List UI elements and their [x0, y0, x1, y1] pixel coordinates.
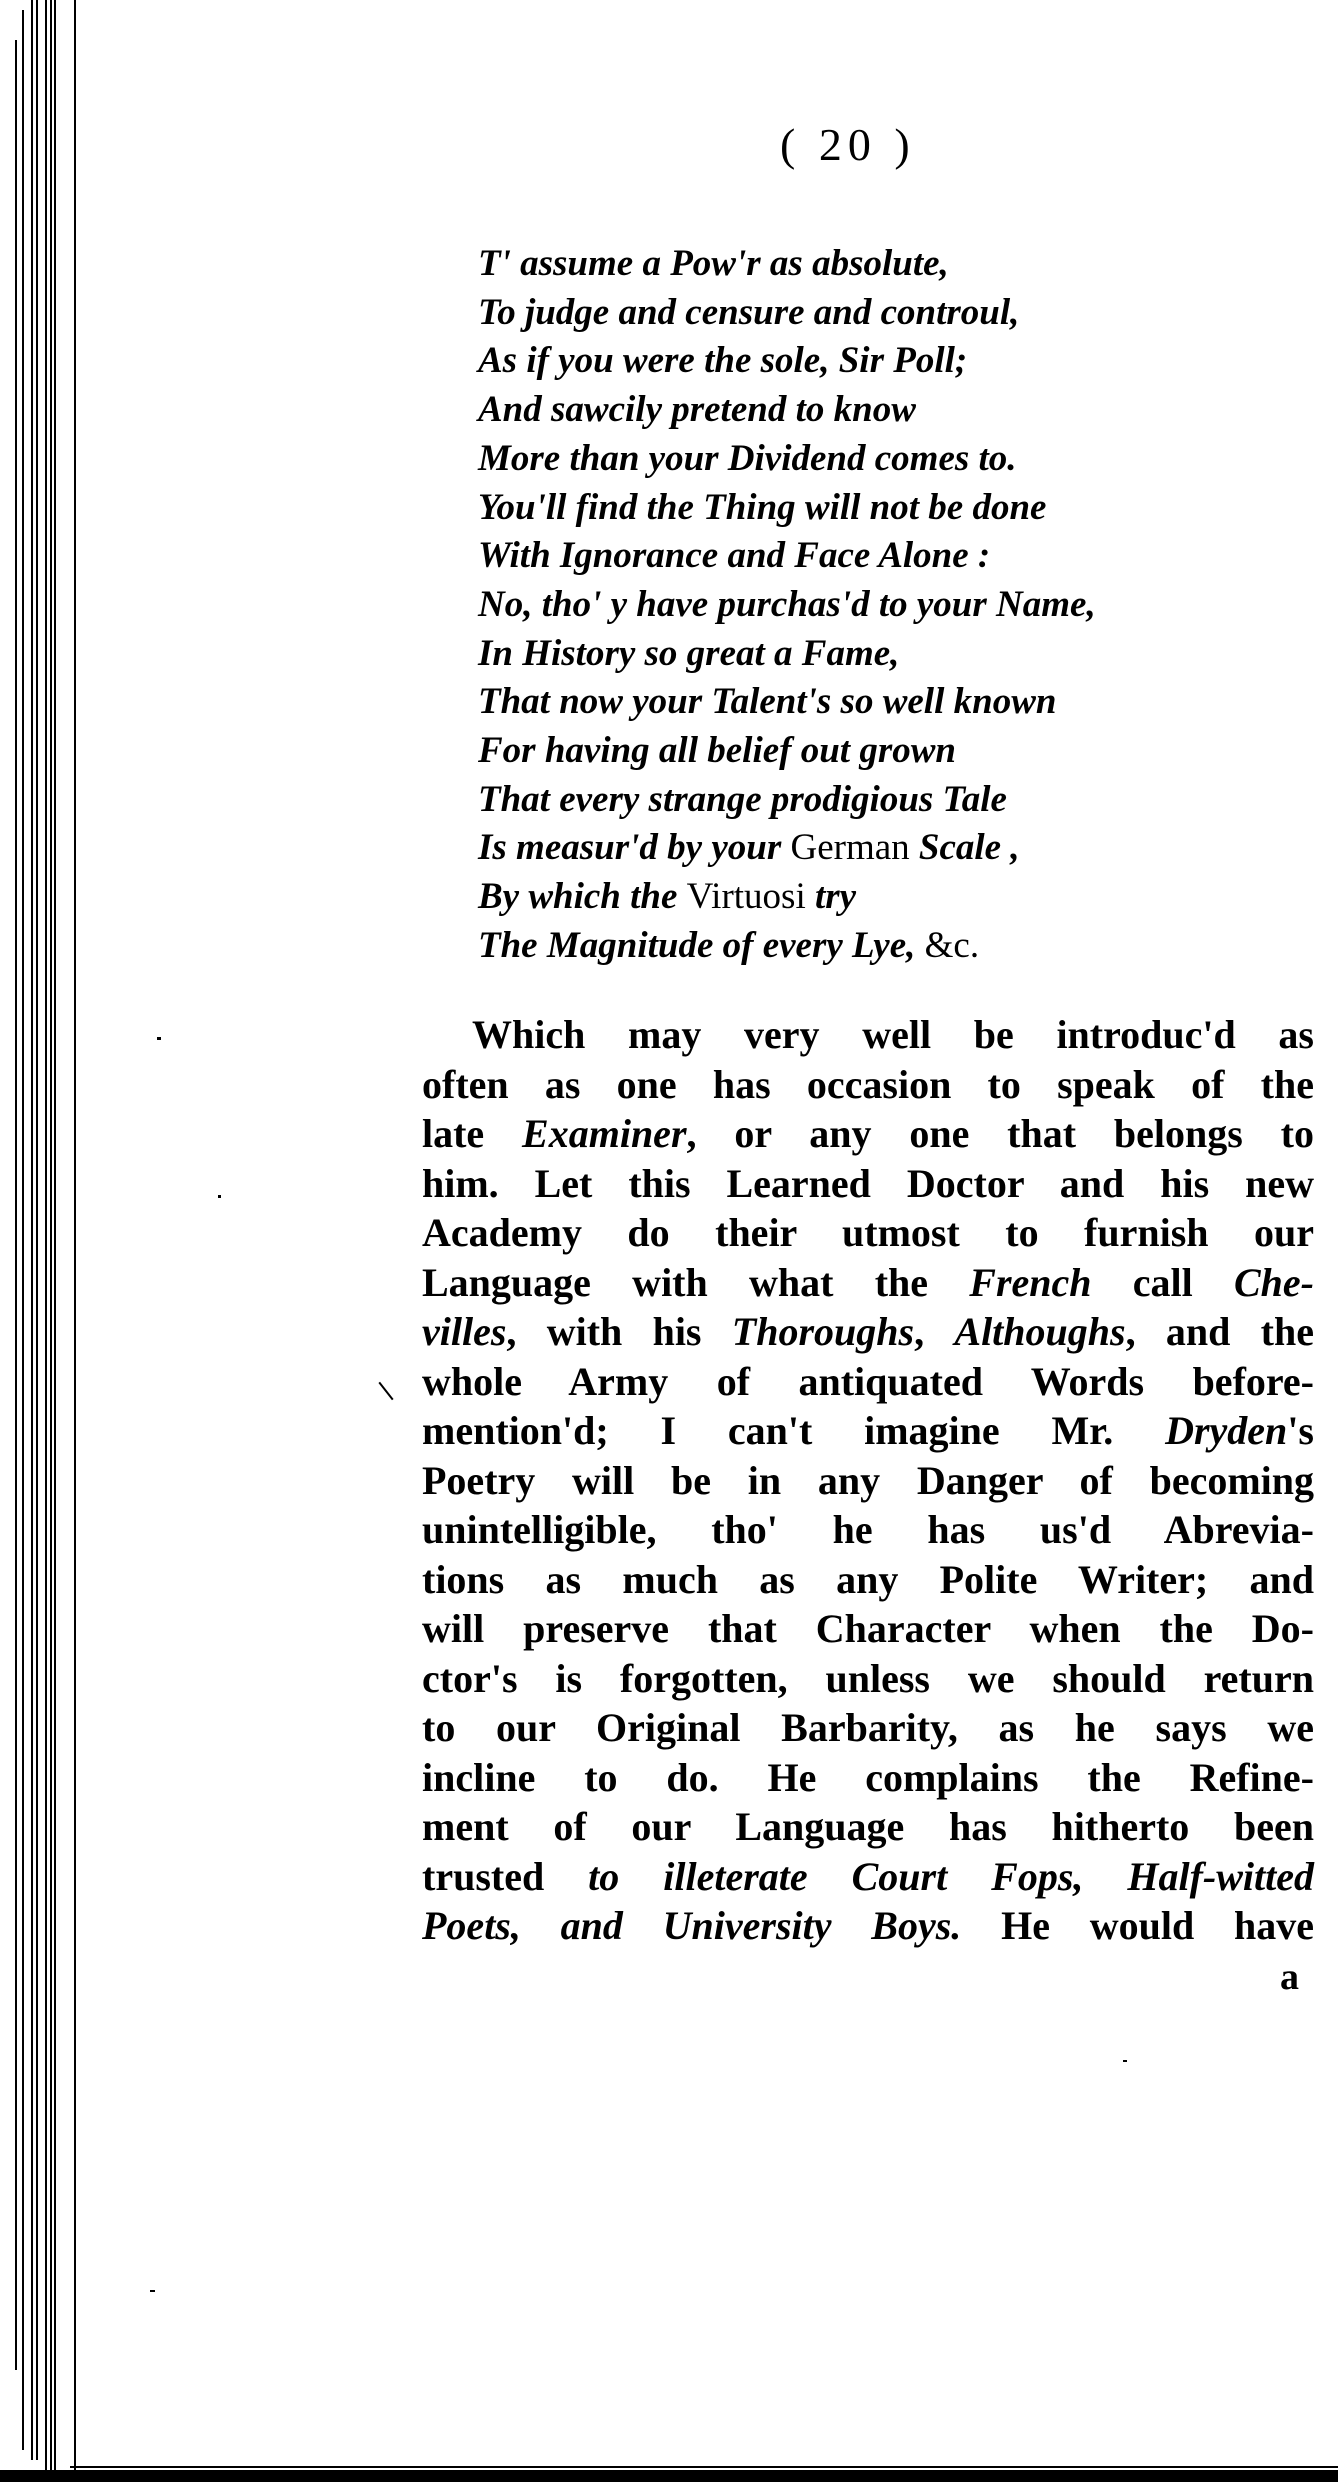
italic-text: Althoughs [954, 1309, 1125, 1354]
poem-line: More than your Dividend comes to. [478, 435, 1096, 484]
poem-line: For having all belief out grown [478, 727, 1096, 776]
speck [1123, 2060, 1127, 2062]
prose-line: ment of our Language has hitherto been [422, 1802, 1314, 1852]
prose-line: ctor's is forgotten, unless we should re… [422, 1654, 1314, 1704]
book-page: ( 20 ) T' assume a Pow'r as absolute, To… [0, 0, 1338, 2482]
poem-line: As if you were the sole, Sir Poll; [478, 337, 1096, 386]
prose-line: Poetry will be in any Danger of becoming [422, 1456, 1314, 1506]
prose-line: Academy do their utmost to furnish our [422, 1208, 1314, 1258]
prose-line: Which may very well be introduc'd as [422, 1010, 1314, 1060]
page-number: ( 20 ) [780, 118, 916, 171]
italic-text: Dryden [1165, 1408, 1287, 1453]
prose-line: villes, with his Thoroughs, Althoughs, a… [422, 1307, 1314, 1357]
italic-text: Che- [1234, 1260, 1314, 1305]
italic-text: Thoroughs [732, 1309, 914, 1354]
poem-block: T' assume a Pow'r as absolute, To judge … [478, 240, 1096, 971]
page-bottom-edge [0, 2464, 1338, 2482]
binding-edge [0, 0, 90, 2482]
poem-line: By which the Virtuosi try [478, 873, 1096, 922]
poem-line: With Ignorance and Face Alone : [478, 532, 1096, 581]
poem-line: To judge and censure and controul, [478, 289, 1096, 338]
prose-line: incline to do. He complains the Refine- [422, 1753, 1314, 1803]
speck [157, 1037, 161, 1040]
italic-text: Examiner [522, 1111, 686, 1156]
poem-line: The Magnitude of every Lye, &c. [478, 922, 1096, 971]
speck [150, 2290, 155, 2292]
prose-line: whole Army of antiquated Words before- [422, 1357, 1314, 1407]
prose-line: Poets, and University Boys. He would hav… [422, 1901, 1314, 1951]
poem-line: Is measur'd by your German Scale , [478, 824, 1096, 873]
speck [218, 1195, 221, 1198]
poem-line: That now your Talent's so well known [478, 678, 1096, 727]
speck [378, 1382, 393, 1401]
poem-line: And sawcily pretend to know [478, 386, 1096, 435]
prose-line: trusted to illeterate Court Fops, Half-w… [422, 1852, 1314, 1902]
prose-line: to our Original Barbarity, as he says we [422, 1703, 1314, 1753]
prose-line: unintelligible, tho' he has us'd Abrevia… [422, 1505, 1314, 1555]
poem-line: You'll find the Thing will not be done [478, 484, 1096, 533]
italic-text: villes [422, 1309, 506, 1354]
prose-line: mention'd; I can't imagine Mr. Dryden's [422, 1406, 1314, 1456]
prose-line: Language with what the French call Che- [422, 1258, 1314, 1308]
prose-line: will preserve that Character when the Do… [422, 1604, 1314, 1654]
poem-line: No, tho' y have purchas'd to your Name, [478, 581, 1096, 630]
poem-line: In History so great a Fame, [478, 630, 1096, 679]
italic-text: French [969, 1260, 1091, 1305]
italic-text: to illeterate Court Fops, Half-witted [588, 1854, 1314, 1899]
italic-text: Poets, and University Boys. [422, 1903, 961, 1948]
prose-line: often as one has occasion to speak of th… [422, 1060, 1314, 1110]
prose-line: him. Let this Learned Doctor and his new [422, 1159, 1314, 1209]
prose-line: late Examiner, or any one that belongs t… [422, 1109, 1314, 1159]
prose-paragraph: Which may very well be introduc'd asofte… [422, 1010, 1314, 1951]
poem-line: That every strange prodigious Tale [478, 776, 1096, 825]
catchword: a [1280, 1955, 1299, 1999]
prose-line: tions as much as any Polite Writer; and [422, 1555, 1314, 1605]
poem-line: T' assume a Pow'r as absolute, [478, 240, 1096, 289]
